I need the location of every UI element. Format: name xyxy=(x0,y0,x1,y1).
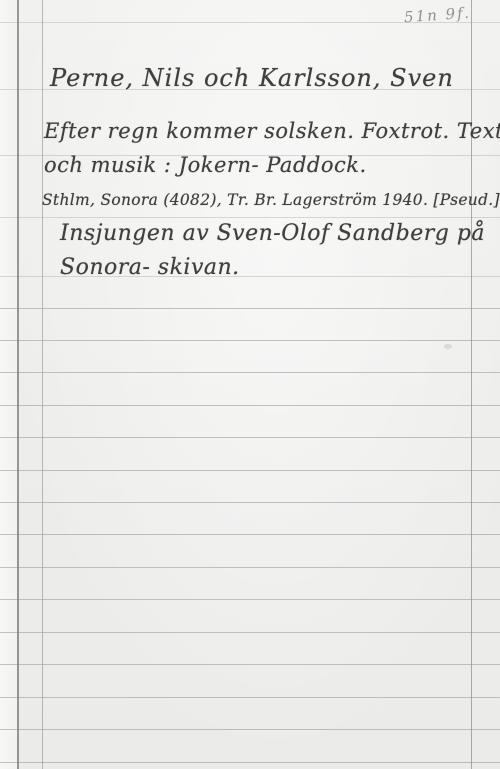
rule-line xyxy=(0,697,500,698)
paper-smudge xyxy=(444,344,452,349)
rule-line xyxy=(0,308,500,309)
card-line-sonora-skivan: Sonora- skivan. xyxy=(60,255,240,280)
card-line-performer: Insjungen av Sven-Olof Sandberg på xyxy=(60,221,485,246)
card-line-imprint-sonora: Sthlm, Sonora (4082), Tr. Br. Lagerström… xyxy=(42,191,500,209)
rule-line xyxy=(0,729,500,730)
rule-line xyxy=(0,632,500,633)
page-left-edge xyxy=(0,0,17,769)
rule-line xyxy=(0,470,500,471)
rule-line xyxy=(0,405,500,406)
rule-line xyxy=(0,664,500,665)
card-heading-authors: Perne, Nils och Karlsson, Sven xyxy=(50,64,454,92)
card-line-text-och-musik: och musik : Jokern- Paddock. xyxy=(44,153,367,177)
rule-line xyxy=(0,534,500,535)
rule-line xyxy=(0,217,500,218)
card-line-title-foxtrot: Efter regn kommer solsken. Foxtrot. Text xyxy=(44,119,500,143)
rule-line xyxy=(0,340,500,341)
rule-line xyxy=(0,502,500,503)
scanned-card-page: 51n 9f. Perne, Nils och Karlsson, Sven E… xyxy=(0,0,500,769)
rule-line xyxy=(0,437,500,438)
rule-line xyxy=(0,762,500,763)
left-margin-line xyxy=(42,0,43,769)
left-fold-line xyxy=(17,0,19,769)
right-margin-line xyxy=(471,0,472,769)
rule-line xyxy=(0,567,500,568)
rule-line xyxy=(0,599,500,600)
rule-line xyxy=(0,372,500,373)
